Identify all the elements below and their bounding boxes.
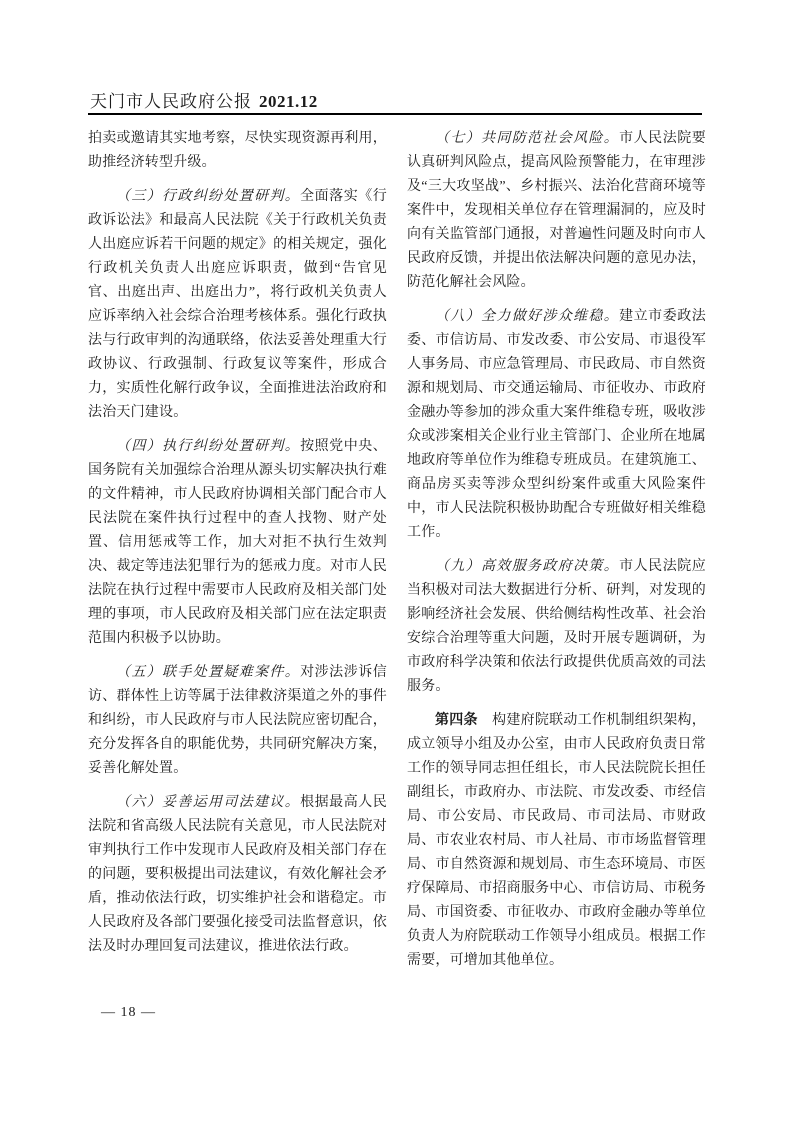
page-header: 天门市人民政府公报2021.12: [90, 87, 318, 112]
paragraph: 第四条 构建府院联动工作机制组织架构，成立领导小组及办公室，由市人民政府负责日常…: [407, 709, 706, 973]
paragraph: （五）联手处置疑难案件。对涉法涉诉信访、群体性上访等属于法律救济渠道之外的事件和…: [88, 661, 387, 781]
paragraph-text: 按照党中央、国务院有关加强综合治理从源头切实解决执行难的文件精神，市人民政府协调…: [88, 439, 387, 646]
right-column: （七）共同防范社会风险。市人民法院要认真研判风险点，提高风险预警能力，在审理涉及…: [407, 127, 706, 973]
paragraph-lead: （四）执行纠纷处置研判。: [116, 439, 300, 454]
left-column: 拍卖或邀请其实地考察，尽快实现资源再利用，助推经济转型升级。（三）行政纠纷处置研…: [88, 127, 387, 973]
paragraph: （八）全力做好涉众维稳。建立市委政法委、市信访局、市发改委、市公安局、市退役军人…: [407, 305, 706, 545]
paragraph-text: 拍卖或邀请其实地考察，尽快实现资源再利用，助推经济转型升级。: [88, 131, 387, 170]
paragraph-text: 构建府院联动工作机制组织架构，成立领导小组及办公室，由市人民政府负责日常工作的领…: [407, 713, 706, 968]
paragraph: （九）高效服务政府决策。市人民法院应当积极对司法大数据进行分析、研判，对发现的影…: [407, 555, 706, 699]
paragraph: （七）共同防范社会风险。市人民法院要认真研判风险点，提高风险预警能力，在审理涉及…: [407, 127, 706, 295]
paragraph: （四）执行纠纷处置研判。按照党中央、国务院有关加强综合治理从源头切实解决执行难的…: [88, 435, 387, 651]
paragraph-lead: 第四条: [435, 713, 492, 728]
paragraph-lead: （三）行政纠纷处置研判。: [116, 189, 300, 204]
paragraph: （三）行政纠纷处置研判。全面落实《行政诉讼法》和最高人民法院《关于行政机关负责人…: [88, 185, 387, 425]
gazette-title: 天门市人民政府公报: [90, 92, 252, 111]
paragraph-text: 建立市委政法委、市信访局、市发改委、市公安局、市退役军人事务局、市应急管理局、市…: [407, 309, 706, 540]
paragraph-lead: （九）高效服务政府决策。: [435, 559, 619, 574]
gazette-issue: 2021.12: [259, 92, 318, 111]
paragraph-lead: （八）全力做好涉众维稳。: [435, 309, 619, 324]
paragraph-text: 市人民法院应当积极对司法大数据进行分析、研判，对发现的影响经济社会发展、供给侧结…: [407, 559, 706, 694]
page-number: — 18 —: [101, 1005, 156, 1021]
paragraph-text: 市人民法院要认真研判风险点，提高风险预警能力，在审理涉及“三大攻坚战”、乡村振兴…: [407, 131, 706, 290]
paragraph: 拍卖或邀请其实地考察，尽快实现资源再利用，助推经济转型升级。: [88, 127, 387, 175]
paragraph-text: 对涉法涉诉信访、群体性上访等属于法律救济渠道之外的事件和纠纷，市人民政府与市人民…: [88, 665, 387, 776]
paragraph-text: 全面落实《行政诉讼法》和最高人民法院《关于行政机关负责人出庭应诉若干问题的规定》…: [88, 189, 387, 420]
text-columns: 拍卖或邀请其实地考察，尽快实现资源再利用，助推经济转型升级。（三）行政纠纷处置研…: [88, 127, 706, 973]
paragraph-lead: （七）共同防范社会风险。: [435, 131, 619, 146]
paragraph: （六）妥善运用司法建议。根据最高人民法院和省高级人民法院有关意见，市人民法院对审…: [88, 791, 387, 959]
gazette-page: 天门市人民政府公报2021.12 拍卖或邀请其实地考察，尽快实现资源再利用，助推…: [0, 0, 793, 1121]
paragraph-text: 根据最高人民法院和省高级人民法院有关意见，市人民法院对审判执行工作中发现市人民政…: [88, 795, 387, 954]
paragraph-lead: （六）妥善运用司法建议。: [116, 795, 300, 810]
header-rule: [88, 113, 702, 115]
paragraph-lead: （五）联手处置疑难案件。: [116, 665, 300, 680]
